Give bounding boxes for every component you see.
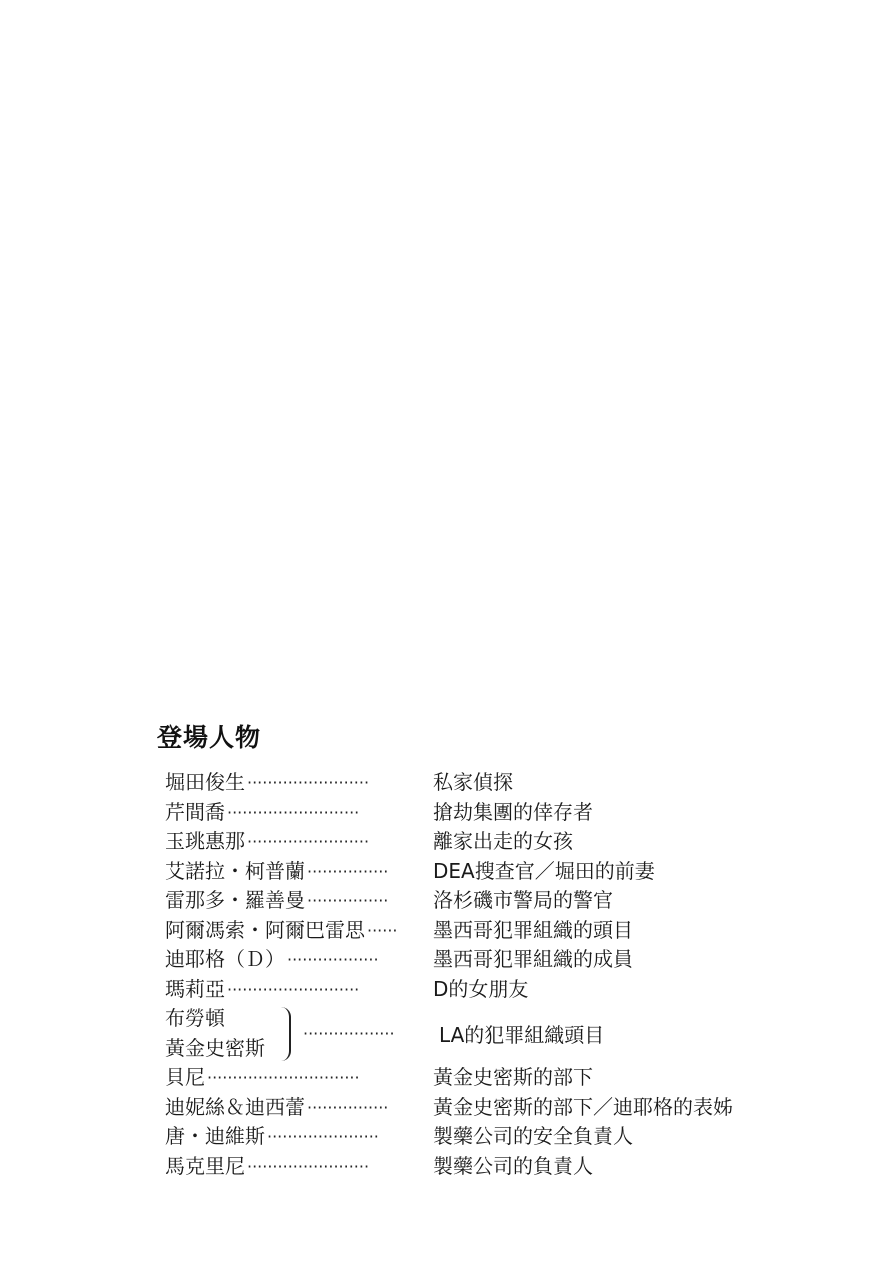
character-role: 墨西哥犯罪組織的成員 [433, 945, 633, 975]
character-role: 離家出走的女孩 [433, 827, 573, 857]
leader-dots: ················ [307, 1093, 431, 1123]
character-role: 私家偵探 [433, 768, 513, 798]
list-item: 雷那多・羅善曼················ 洛杉磯市警局的警官 [165, 886, 865, 916]
character-name: 瑪莉亞 [165, 975, 225, 1005]
character-role: 洛杉磯市警局的警官 [433, 886, 613, 916]
page-title: 登場人物 [157, 718, 261, 754]
leader-dots: ······················ [267, 1122, 431, 1152]
list-item: 迪妮絲＆迪西蕾················ 黃金史密斯的部下／迪耶格的表姊 [165, 1093, 865, 1123]
character-role: LA的犯罪組織頭目 [439, 1019, 604, 1048]
character-name: 堀田俊生 [165, 768, 245, 798]
character-name: 布勞頓 [165, 1004, 277, 1034]
list-item: 貝尼······························ 黃金史密斯的部… [165, 1063, 865, 1093]
list-item: 堀田俊生························ 私家偵探 [165, 768, 865, 798]
leader-dots: ························ [247, 827, 431, 857]
list-item: 芹間喬·························· 搶劫集團的倖存者 [165, 798, 865, 828]
character-name: 黃金史密斯 [165, 1034, 277, 1064]
leader-dots: ······ [367, 916, 431, 946]
right-brace-icon [277, 1007, 291, 1061]
character-role: D的女朋友 [433, 975, 528, 1005]
leader-dots: ························ [247, 768, 431, 798]
leader-dots: ·························· [227, 798, 431, 828]
leader-dots: ················ [307, 886, 431, 916]
character-name: 艾諾拉・柯普蘭 [165, 857, 305, 887]
character-name: 唐・迪維斯 [165, 1122, 265, 1152]
list-item: 玉珧惠那························ 離家出走的女孩 [165, 827, 865, 857]
leader-dots: ·················· [287, 945, 431, 975]
leader-dots: ······························ [207, 1063, 431, 1093]
grouped-list-item: 布勞頓 黃金史密斯 ·················· LA的犯罪組織頭目 [165, 1004, 865, 1063]
character-list: 堀田俊生························ 私家偵探 芹間喬···… [165, 768, 865, 1181]
leader-dots: ················ [307, 857, 431, 887]
list-item: 唐・迪維斯······················ 製藥公司的安全負責人 [165, 1122, 865, 1152]
character-name: 迪耶格（Ｄ） [165, 945, 285, 975]
character-name: 芹間喬 [165, 798, 225, 828]
leader-dots: ·························· [227, 975, 431, 1005]
character-name: 迪妮絲＆迪西蕾 [165, 1093, 305, 1123]
leader-dots: ·················· [303, 1024, 437, 1043]
character-name: 阿爾馮索・阿爾巴雷思 [165, 916, 365, 946]
list-item: 馬克里尼························ 製藥公司的負責人 [165, 1152, 865, 1182]
character-name: 馬克里尼 [165, 1152, 245, 1182]
character-role: 黃金史密斯的部下 [433, 1063, 593, 1093]
character-role: 墨西哥犯罪組織的頭目 [433, 916, 633, 946]
character-name: 玉珧惠那 [165, 827, 245, 857]
character-name: 雷那多・羅善曼 [165, 886, 305, 916]
list-item: 迪耶格（Ｄ）·················· 墨西哥犯罪組織的成員 [165, 945, 865, 975]
character-role: 搶劫集團的倖存者 [433, 798, 593, 828]
book-page: 登場人物 堀田俊生························ 私家偵探 芹… [0, 0, 885, 1275]
leader-dots: ························ [247, 1152, 431, 1182]
character-role: 製藥公司的安全負責人 [433, 1122, 633, 1152]
character-role: 製藥公司的負責人 [433, 1152, 593, 1182]
list-item: 艾諾拉・柯普蘭················ DEA搜查官／堀田的前妻 [165, 857, 865, 887]
character-role: 黃金史密斯的部下／迪耶格的表姊 [433, 1093, 733, 1123]
character-name: 貝尼 [165, 1063, 205, 1093]
list-item: 瑪莉亞·························· D的女朋友 [165, 975, 865, 1005]
character-role: DEA搜查官／堀田的前妻 [433, 857, 655, 887]
list-item: 阿爾馮索・阿爾巴雷思······ 墨西哥犯罪組織的頭目 [165, 916, 865, 946]
